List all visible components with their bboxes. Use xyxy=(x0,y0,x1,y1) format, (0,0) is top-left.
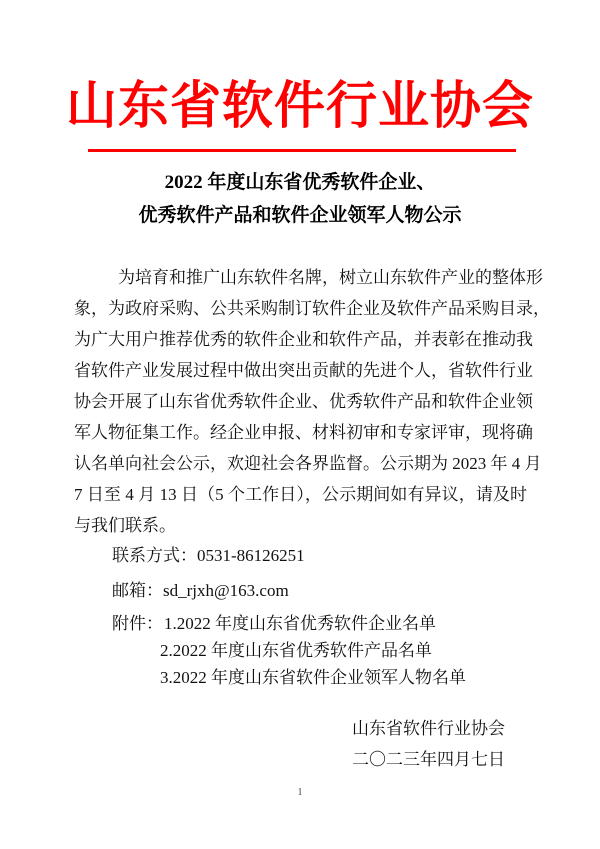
document-title-line-2: 优秀软件产品和软件企业领军人物公示 xyxy=(0,199,600,232)
attachments-label: 附件： xyxy=(112,612,163,636)
signature-date: 二〇二三年四月七日 xyxy=(352,744,505,775)
attachment-item: 附件：1.2022 年度山东省优秀软件企业名单 xyxy=(112,612,466,639)
letterhead-org-title: 山东省软件行业协会 xyxy=(0,64,600,138)
document-title: 2022 年度山东省优秀软件企业、 优秀软件产品和软件企业领军人物公示 xyxy=(0,166,600,232)
signature-org: 山东省软件行业协会 xyxy=(352,713,505,744)
contact-email-label: 邮箱： xyxy=(112,581,163,600)
contact-email-value: sd_rjxh@163.com xyxy=(163,581,289,600)
body-line: 省软件产业发展过程中做出突出贡献的先进个人，省软件行业 xyxy=(74,355,527,386)
signature-block: 山东省软件行业协会 二〇二三年四月七日 xyxy=(352,713,505,775)
attachments-list: 附件：1.2022 年度山东省优秀软件企业名单 2.2022 年度山东省优秀软件… xyxy=(112,612,466,693)
contact-phone-value: 0531-86126251 xyxy=(197,546,305,565)
body-line: 7 日至 4 月 13 日（5 个工作日），公示期间如有异议，请及时 xyxy=(74,479,527,510)
body-line: 为广大用户推荐优秀的软件企业和软件产品，并表彰在推动我 xyxy=(74,324,527,355)
attachment-item-text: 2.2022 年度山东省优秀软件产品名单 xyxy=(160,641,432,660)
body-line: 与我们联系。 xyxy=(74,510,527,541)
attachment-item: 3.2022 年度山东省软件企业领军人物名单 xyxy=(112,666,466,693)
contact-email-line: 邮箱：sd_rjxh@163.com xyxy=(112,578,305,613)
body-line: 军人物征集工作。经企业申报、材料初审和专家评审，现将确 xyxy=(74,417,527,448)
contact-info: 联系方式：0531-86126251 邮箱：sd_rjxh@163.com xyxy=(112,543,305,613)
body-line: 协会开展了山东省优秀软件企业、优秀软件产品和软件企业领 xyxy=(74,386,527,417)
page-number: 1 xyxy=(0,787,600,798)
attachment-item-text: 1.2022 年度山东省优秀软件企业名单 xyxy=(164,614,436,633)
document-page: 山东省软件行业协会 2022 年度山东省优秀软件企业、 优秀软件产品和软件企业领… xyxy=(0,0,600,849)
contact-phone-label: 联系方式： xyxy=(112,546,197,565)
attachment-item-text: 3.2022 年度山东省软件企业领军人物名单 xyxy=(160,668,466,687)
attachment-item: 2.2022 年度山东省优秀软件产品名单 xyxy=(112,639,466,666)
body-line: 象，为政府采购、公共采购制订软件企业及软件产品采购目录， xyxy=(74,293,527,324)
document-title-line-1: 2022 年度山东省优秀软件企业、 xyxy=(0,166,600,199)
letterhead-divider-rule xyxy=(88,149,516,152)
body-line: 认名单向社会公示，欢迎社会各界监督。公示期为 2023 年 4 月 xyxy=(74,448,527,479)
body-line: 为培育和推广山东软件名牌，树立山东软件产业的整体形 xyxy=(74,262,527,293)
body-paragraph: 为培育和推广山东软件名牌，树立山东软件产业的整体形 象，为政府采购、公共采购制订… xyxy=(74,262,527,541)
contact-phone-line: 联系方式：0531-86126251 xyxy=(112,543,305,578)
